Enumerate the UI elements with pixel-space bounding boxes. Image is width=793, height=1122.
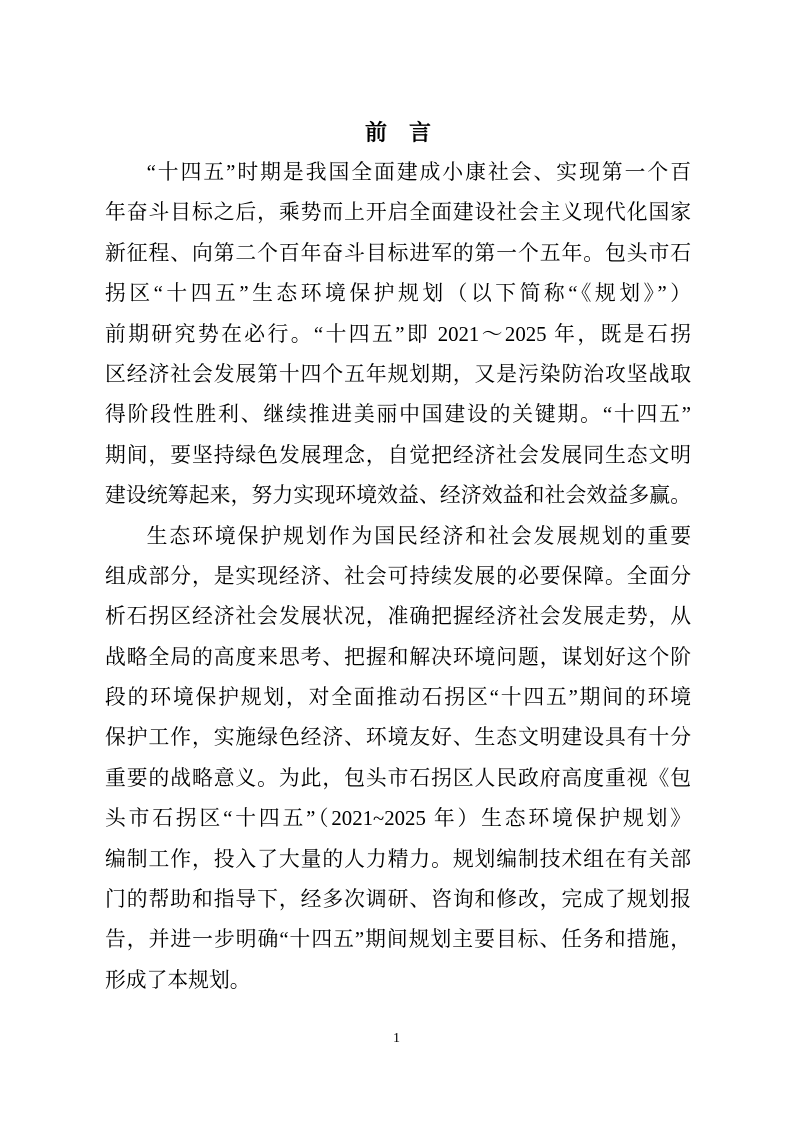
text-line: 生态环境保护规划作为国民经济和社会发展规划的重要 xyxy=(105,517,691,557)
text-line: 期间，要坚持绿色发展理念，自觉把经济社会发展同生态文明 xyxy=(105,436,691,476)
text-line: 析石拐区经济社会发展状况，准确把握经济社会发展走势，从 xyxy=(105,597,691,637)
text-line: 建设统筹起来，努力实现环境效益、经济效益和社会效益多赢。 xyxy=(105,476,691,516)
document-page: 前 言 “十四五”时期是我国全面建成小康社会、实现第一个百年奋斗目标之后，乘势而… xyxy=(0,0,793,1122)
text-line: 前期研究势在必行。“十四五”即 2021～2025 年，既是石拐 xyxy=(105,315,691,355)
text-line: 重要的战略意义。为此，包头市石拐区人民政府高度重视《包 xyxy=(105,759,691,799)
text-line: 拐区“十四五”生态环境保护规划（以下简称“《规划》”） xyxy=(105,274,691,314)
document-body: “十四五”时期是我国全面建成小康社会、实现第一个百年奋斗目标之后，乘势而上开启全… xyxy=(105,153,691,1001)
text-line: 区经济社会发展第十四个五年规划期，又是污染防治攻坚战取 xyxy=(105,355,691,395)
text-line: 新征程、向第二个百年奋斗目标进军的第一个五年。包头市石 xyxy=(105,234,691,274)
text-line: 年奋斗目标之后，乘势而上开启全面建设社会主义现代化国家 xyxy=(105,193,691,233)
text-line: 段的环境保护规划，对全面推动石拐区“十四五”期间的环境 xyxy=(105,678,691,718)
text-line: 战略全局的高度来思考、把握和解决环境问题，谋划好这个阶 xyxy=(105,638,691,678)
text-line: 保护工作，实施绿色经济、环境友好、生态文明建设具有十分 xyxy=(105,718,691,758)
page-title: 前 言 xyxy=(105,113,691,153)
text-line: 头市石拐区“十四五”（2021~2025 年）生态环境保护规划》 xyxy=(105,799,691,839)
text-line: 告，并进一步明确“十四五”期间规划主要目标、任务和措施， xyxy=(105,920,691,960)
document-content: 前 言 “十四五”时期是我国全面建成小康社会、实现第一个百年奋斗目标之后，乘势而… xyxy=(105,0,691,1001)
text-line: 编制工作，投入了大量的人力精力。规划编制技术组在有关部 xyxy=(105,840,691,880)
page-number: 1 xyxy=(0,1030,793,1048)
text-line: 组成部分，是实现经济、社会可持续发展的必要保障。全面分 xyxy=(105,557,691,597)
text-line: “十四五”时期是我国全面建成小康社会、实现第一个百 xyxy=(105,153,691,193)
text-line: 得阶段性胜利、继续推进美丽中国建设的关键期。“十四五” xyxy=(105,395,691,435)
text-line: 形成了本规划。 xyxy=(105,961,691,1001)
text-line: 门的帮助和指导下，经多次调研、咨询和修改，完成了规划报 xyxy=(105,880,691,920)
